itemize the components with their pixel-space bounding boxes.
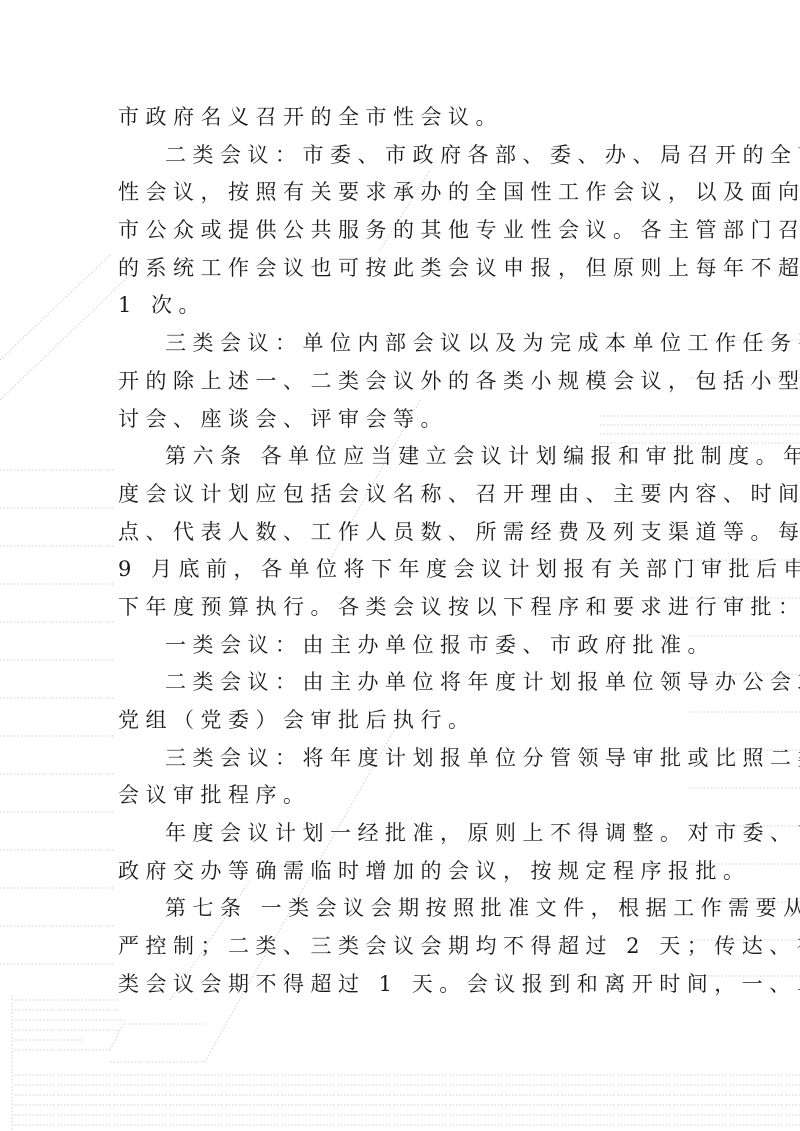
text-line: 9 月底前，各单位将下年度会议计划报有关部门审批后申报: [118, 551, 688, 589]
text-line: 二类会议：市委、市政府各部、委、办、局召开的全市: [118, 137, 688, 175]
text-line: 的系统工作会议也可按此类会议申报，但原则上每年不超过: [118, 250, 688, 288]
text-line: 会议审批程序。: [118, 777, 688, 815]
text-line: 第六条 各单位应当建立会议计划编报和审批制度。年: [118, 438, 688, 476]
text-line: 政府交办等确需临时增加的会议，按规定程序报批。: [118, 853, 688, 891]
text-line: 讨会、座谈会、评审会等。: [118, 401, 688, 439]
text-line: 三类会议：单位内部会议以及为完成本单位工作任务召: [118, 325, 688, 363]
text-line: 三类会议：将年度计划报单位分管领导审批或比照二类: [118, 740, 688, 778]
text-line: 一类会议：由主办单位报市委、市政府批准。: [118, 627, 688, 665]
text-line: 开的除上述一、二类会议外的各类小规模会议，包括小型研: [118, 363, 688, 401]
text-line: 度会议计划应包括会议名称、召开理由、主要内容、时间地: [118, 476, 688, 514]
text-line: 二类会议：由主办单位将年度计划报单位领导办公会或: [118, 664, 688, 702]
text-line: 市公众或提供公共服务的其他专业性会议。各主管部门召开: [118, 212, 688, 250]
document-page: 市政府名义召开的全市性会议。 二类会议：市委、市政府各部、委、办、局召开的全市 …: [118, 99, 688, 1004]
text-line: 点、代表人数、工作人员数、所需经费及列支渠道等。每年: [118, 514, 688, 552]
text-line: 年度会议计划一经批准，原则上不得调整。对市委、市: [118, 815, 688, 853]
text-line: 下年度预算执行。各类会议按以下程序和要求进行审批：: [118, 589, 688, 627]
text-line: 1 次。: [118, 287, 688, 325]
text-line: 类会议会期不得超过 1 天。会议报到和离开时间，一、二类: [118, 966, 688, 1004]
text-line: 党组（党委）会审批后执行。: [118, 702, 688, 740]
text-line: 第七条 一类会议会期按照批准文件，根据工作需要从: [118, 890, 688, 928]
text-line: 严控制；二类、三类会议会期均不得超过 2 天；传达、布置: [118, 928, 688, 966]
text-line: 性会议，按照有关要求承办的全国性工作会议，以及面向全: [118, 174, 688, 212]
text-line: 市政府名义召开的全市性会议。: [118, 99, 688, 137]
